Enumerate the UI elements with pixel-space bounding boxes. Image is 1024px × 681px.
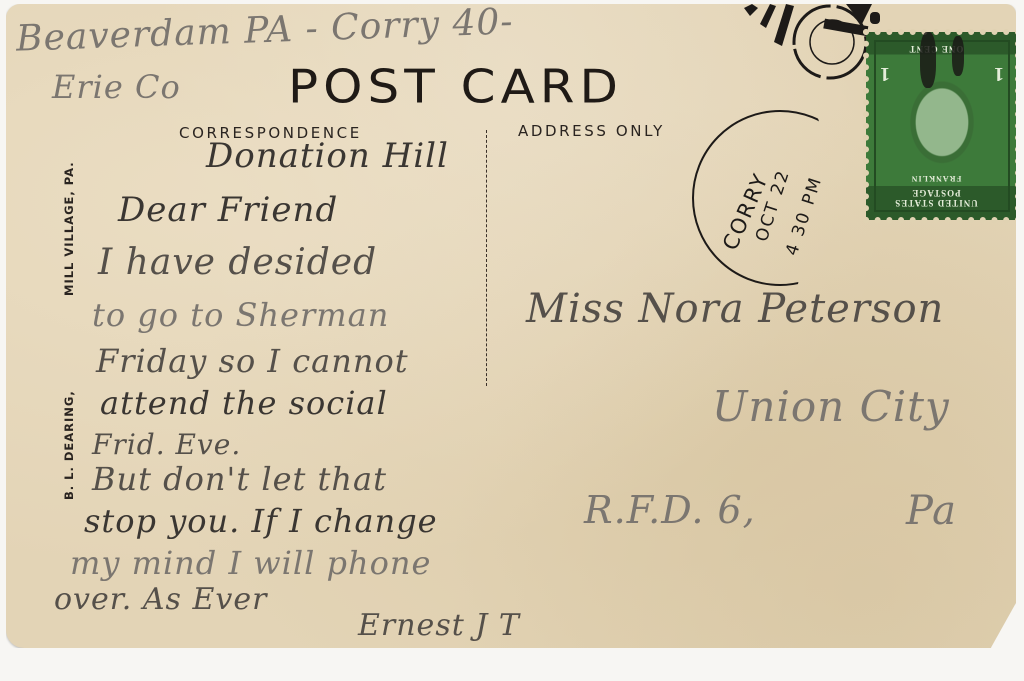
address-only-label: ADDRESS ONLY [518,122,665,140]
address-state: Pa [906,488,957,534]
pencil-note-line1: Beaverdam PA - Corry 40- [15,1,514,59]
message-signature: Ernest J T [358,608,520,643]
message-line: attend the social [100,384,388,422]
stamp-bottom-text: ONE CENT [876,44,996,54]
address-city: Union City [712,382,950,431]
message-line: I have desided [98,242,377,283]
message-line: Dear Friend [118,190,338,230]
publisher-name: B. L. DEARING, [62,390,76,500]
message-line: stop you. If I change [84,502,438,540]
message-line: But don't let that [92,460,387,498]
cancellation-marks-icon [744,4,884,100]
address-name: Miss Nora Peterson [526,286,944,332]
message-line: to go to Sherman [92,296,389,334]
publisher-place: MILL VILLAGE, PA. [62,161,76,296]
message-line: over. As Ever [54,582,267,617]
postcard-back: Beaverdam PA - Corry 40- Erie Co POST CA… [6,4,1016,648]
stamp-top-text: UNITED STATES POSTAGE [876,188,996,208]
message-line: Frid. Eve. [92,428,241,461]
stamp-denomination-left: 1 [880,62,890,85]
stamp-cancel-ink [952,36,964,76]
stamp-denomination-right: 1 [994,62,1004,85]
stamp-cancel-ink [920,32,936,88]
postcard-title: POST CARD [288,60,623,113]
message-heading: Donation Hill [206,136,449,176]
stamp-name-text: FRANKLIN [876,174,996,183]
message-line: my mind I will phone [70,544,431,582]
postage-stamp: 1 1 ONE CENT UNITED STATES POSTAGE FRANK… [866,32,1018,220]
address-route: R.F.D. 6, [584,488,756,532]
message-line: Friday so I cannot [96,342,409,380]
card-divider-line [486,130,487,386]
pencil-note-line2: Erie Co [52,68,181,106]
stamp-frame [874,40,1010,212]
